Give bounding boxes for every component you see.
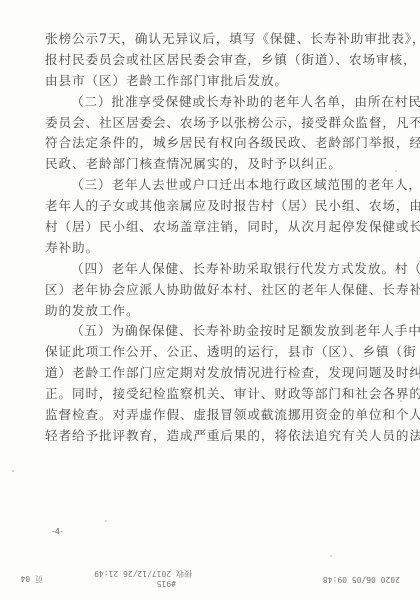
text-line: 民政、老龄部门核查情况属实的，及时予以纠正。	[45, 154, 362, 175]
paragraph-5-start: （五）为确保保健、长寿补助金按时足额发放到老年人手中，	[45, 321, 362, 342]
fax-transmission-footer: 2020 06/05 09:48 #915 接收 2017/12/26 21:4…	[0, 566, 420, 590]
text-line: 委员会、社区居委会、农场予以张榜公示，接受群众监督，凡不	[45, 113, 362, 134]
text-line: 正。同时，接受纪检监察机关、审计、财政等部门和社会各界的	[45, 384, 362, 405]
scan-noise	[330, 555, 332, 557]
text-line: 寿补助。	[45, 238, 362, 259]
paragraph-2-start: （二）批准享受保健或长寿补助的老年人名单，由所在村民	[45, 92, 362, 113]
scan-noise	[400, 400, 402, 402]
page-number: -4-	[52, 527, 63, 536]
text-line: 村（居）民小组、农场盖章注销，同时，从次月起停发保健或长	[45, 217, 362, 238]
text-line: 道）老龄工作部门应定期对发放情况进行检查，发现问题及时纠	[45, 363, 362, 384]
paragraph-3-start: （三）老年人去世或户口迁出本地行政区域范围的老年人，	[45, 175, 362, 196]
text-line: 报村民委员会或社区居民委会审查，乡镇（街道）、农场审核，	[45, 50, 362, 71]
text-line: 张榜公示7天，确认无异议后，填写《保健、长寿补助审批表》，	[45, 29, 362, 50]
text-line: 助的发放工作。	[45, 301, 362, 322]
paragraph-4-start: （四）老年人保健、长寿补助采取银行代发方式发放。村（社	[45, 259, 362, 280]
scanned-document-page: 张榜公示7天，确认无异议后，填写《保健、长寿补助审批表》， 报村民委员会或社区居…	[0, 0, 420, 600]
text-line: 符合法定条件的，城乡居民有权向各级民政、老龄部门举报，经	[45, 133, 362, 154]
text-line: 老年人的子女或其他亲属应及时报告村（居）民小组、农场，由	[45, 196, 362, 217]
text-line: 监督检查。对弄虚作假、虚报冒领或截流挪用资金的单位和个人，	[45, 405, 362, 426]
scan-noise	[395, 170, 397, 172]
scan-noise	[12, 470, 14, 472]
text-line: 区）老年协会应派人协助做好本村、社区的老年人保健、长寿补	[45, 280, 362, 301]
text-line: 轻者给予批评教育，造成严重后果的，将依法追究有关人员的法	[45, 426, 362, 447]
scan-noise	[398, 180, 400, 182]
fax-job-number: #915	[157, 579, 176, 588]
text-line: 保证此项工作公开、公正、透明的运行，县市（区）、乡镇（街	[45, 342, 362, 363]
document-body: 张榜公示7天，确认无异议后，填写《保健、长寿补助审批表》， 报村民委员会或社区居…	[45, 29, 362, 447]
fax-received-timestamp: 2020 06/05 09:48	[323, 575, 400, 584]
text-line: 由县市（区）老龄工作部门审批后发放。	[45, 71, 362, 92]
fax-page-label: 页 04	[21, 573, 43, 584]
scan-noise	[105, 520, 107, 522]
fax-sender-timestamp: 接收 2017/12/26 21:49	[94, 568, 192, 579]
